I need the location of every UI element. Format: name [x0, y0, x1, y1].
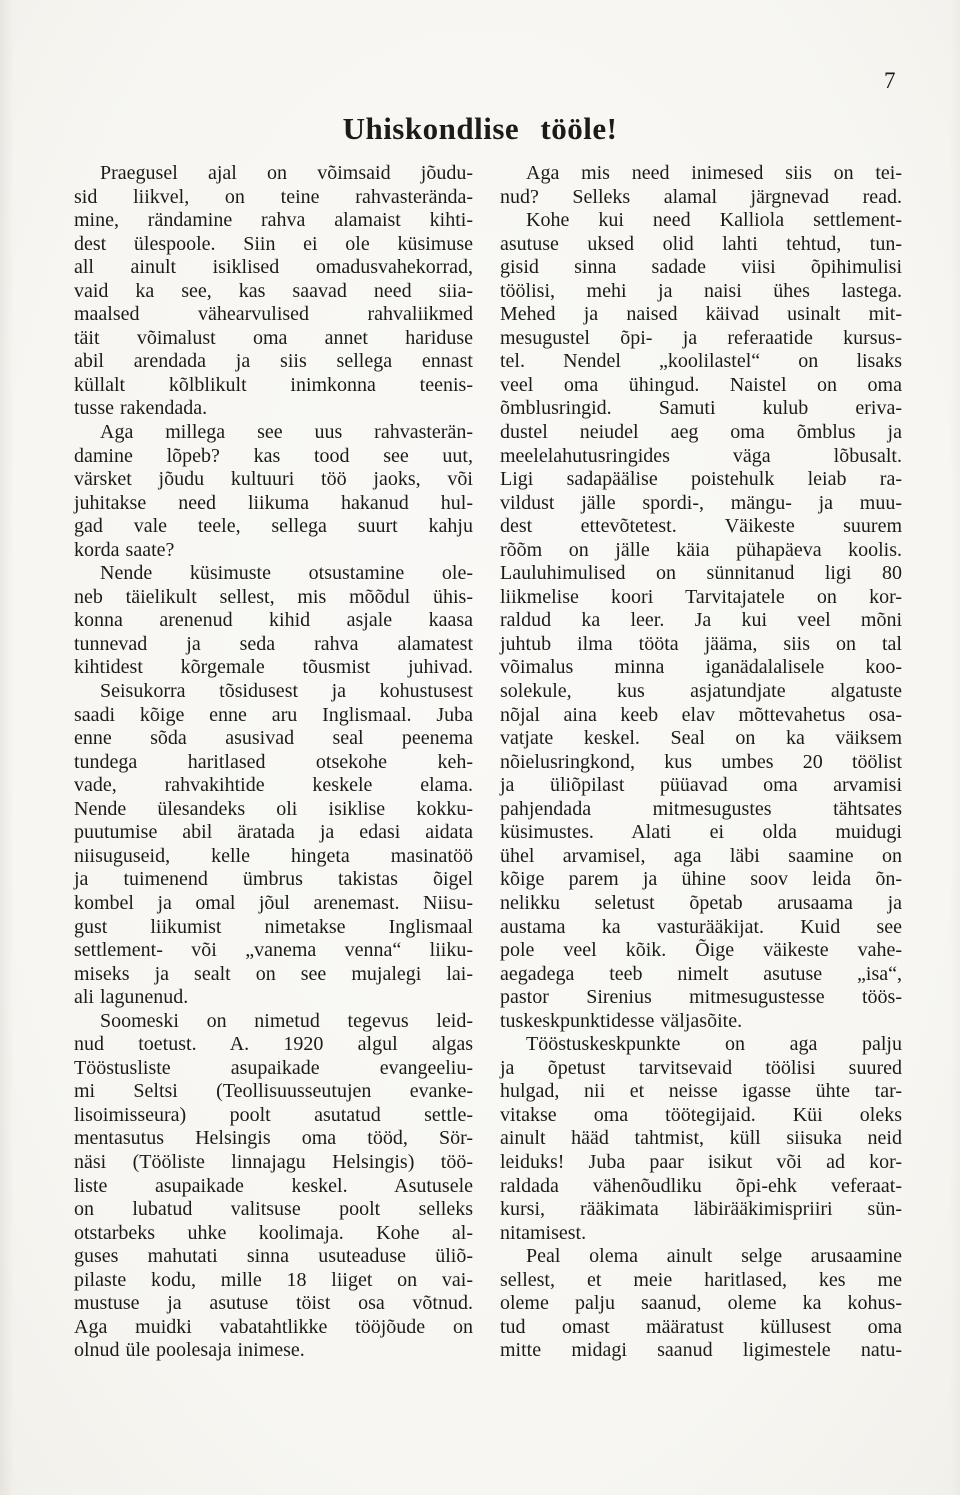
text-line: raldud ka leer. Ja kui veel mõni [500, 609, 902, 633]
text-line: sid liikvel, on teine rahvasterända- [74, 186, 473, 210]
text-line: on lubatud valitsuse poolt selleks [74, 1198, 473, 1222]
text-line: asutuse uksed olid lahti tehtud, tun- [500, 233, 902, 257]
text-line: kombel ja omal jõul arenemast. Niisu- [74, 892, 473, 916]
text-line: nõjal aina keeb elav mõttevahetus osa- [500, 704, 902, 728]
text-line: austama ka vasturääkijat. Kuid see [500, 916, 902, 940]
text-line: dest ülespoole. Siin ei ole küsimuse [74, 233, 473, 257]
text-line: võimalus minna iganädalalisele koo- [500, 656, 902, 680]
text-line: Nende ülesandeks oli isiklise kokku- [74, 798, 473, 822]
paragraph: Aga mis need inimesed siis on tei-nud? S… [500, 162, 902, 209]
text-line: pahjendada mitmesugustes tähtsates [500, 798, 902, 822]
text-line: guses mahutati sinna usuteaduse üliõ- [74, 1245, 473, 1269]
text-line: ühel arvamisel, aga läbi saamine on [500, 845, 902, 869]
text-line: vildust jälle spordi-, mängu- ja muu- [500, 492, 902, 516]
text-line: all ainult isiklised omadusvahekorrad, [74, 256, 473, 280]
text-line: tusse rakendada. [74, 397, 473, 421]
text-line: gisid sinna sadade viisi õpihimulisi [500, 256, 902, 280]
text-line: Nende küsimuste otsustamine ole- [74, 562, 473, 586]
text-line: Mehed ja naised käivad usinalt mit- [500, 303, 902, 327]
text-line: kursi, rääkimata läbirääkimispriiri sün- [500, 1198, 902, 1222]
left-column: Praegusel ajal on võimsaid jõudu-sid lii… [74, 162, 473, 1363]
text-line: Aga muidki vabatahtlikke tööjõude on [74, 1316, 473, 1340]
text-line: töölisi, mehi ja naisi ühes lastega. [500, 280, 902, 304]
text-line: Tööstusliste asupaikade evangeeliu- [74, 1057, 473, 1081]
page-title: Uhiskondlise tööle! [0, 111, 960, 147]
text-line: enne sõda asusivad seal peenema [74, 727, 473, 751]
text-line: Seisukorra tõsidusest ja kohustusest [74, 680, 473, 704]
text-line: ja õpetust tarvitsevaid töölisi suured [500, 1057, 902, 1081]
text-line: pilaste kodu, mille 18 liiget on vai- [74, 1269, 473, 1293]
text-line: nelikku seletust õpetab arusaama ja [500, 892, 902, 916]
text-line: vitakse oma töötegijaid. Küi oleks [500, 1104, 902, 1128]
text-line: kõige parem ja ühine soov leida õn- [500, 868, 902, 892]
text-line: Praegusel ajal on võimsaid jõudu- [74, 162, 473, 186]
paragraph: Tööstuskeskpunkte on aga paljuja õpetust… [500, 1033, 902, 1245]
paragraph: Kohe kui need Kalliola settlement-asutus… [500, 209, 902, 1033]
text-line: nud? Selleks alamal järgnevad read. [500, 186, 902, 210]
text-line: Kohe kui need Kalliola settlement- [500, 209, 902, 233]
text-line: pastor Sirenius mitmesugustesse töös- [500, 986, 902, 1010]
text-line: puutumise abil äratada ja edasi aidata [74, 821, 473, 845]
text-line: tunnevad ja seda rahva alamatest [74, 633, 473, 657]
paragraph: Soomeski on nimetud tegevus leid-nud toe… [74, 1010, 473, 1363]
text-line: tud omast määratust küllusest oma [500, 1316, 902, 1340]
text-line: värsket jõudu kultuuri töö jaoks, või [74, 468, 473, 492]
text-line: mitte midagi saanud ligimestele natu- [500, 1339, 902, 1363]
scanned-document-page: 7 Uhiskondlise tööle! Praegusel ajal on … [0, 0, 960, 1495]
text-line: otstarbeks uhke koolimaja. Kohe al- [74, 1222, 473, 1246]
paragraph: Peal olema ainult selge arusaamineselles… [500, 1245, 902, 1363]
text-line: mi Seltsi (Teollisuusseutujen evanke- [74, 1080, 473, 1104]
right-column: Aga mis need inimesed siis on tei-nud? S… [500, 162, 902, 1363]
text-line: pole veel kõik. Õige väikeste vahe- [500, 939, 902, 963]
text-line: sellest, et meie haritlased, kes me [500, 1269, 902, 1293]
text-line: korda saate? [74, 539, 473, 563]
text-line: vaid ka see, kas saavad need siia- [74, 280, 473, 304]
text-line: neb täielikult sellest, mis mõõdul ühis- [74, 586, 473, 610]
text-line: vatjate keskel. Seal on ka väiksem [500, 727, 902, 751]
text-line: konna arenenud kihid asjale kaasa [74, 609, 473, 633]
text-line: maalsed vähearvulised rahvaliikmed [74, 303, 473, 327]
text-line: nud toetust. A. 1920 algul algas [74, 1033, 473, 1057]
text-line: raldada vähenõudliku õpi-ehk veferaat- [500, 1175, 902, 1199]
text-line: küsimustes. Alati ei olda muidugi [500, 821, 902, 845]
text-line: liikmelise koori Tarvitajatele on kor- [500, 586, 902, 610]
text-line: mentasutus Helsingis oma tööd, Sör- [74, 1127, 473, 1151]
text-line: juhitakse need liikuma hakanud hul- [74, 492, 473, 516]
text-line: leiduks! Juba paar isikut või ad kor- [500, 1151, 902, 1175]
text-line: juhtub ilma tööta jääma, siis on tal [500, 633, 902, 657]
paragraph: Aga millega see uus rahvasterän-damine l… [74, 421, 473, 562]
text-line: dustel neiudel aeg oma õmblus ja [500, 421, 902, 445]
text-line: olnud üle poolesaja inimese. [74, 1339, 473, 1363]
text-line: mine, rändamine rahva alamaist kihti- [74, 209, 473, 233]
text-line: tuskeskpunktidesse väljasõite. [500, 1010, 902, 1034]
text-line: mustuse ja asutuse töist osa võtnud. [74, 1292, 473, 1316]
text-line: ja üliõpilast püüavad oma arvamisi [500, 774, 902, 798]
text-line: ainult hääd tahtmist, küll siisuka neid [500, 1127, 902, 1151]
text-line: küllalt kõlblikult inimkonna teenis- [74, 374, 473, 398]
text-line: rõõm on jälle käia pühapäeva koolis. [500, 539, 902, 563]
text-line: oleme palju saanud, oleme ka kohus- [500, 1292, 902, 1316]
paragraph: Nende küsimuste otsustamine ole-neb täie… [74, 562, 473, 680]
text-line: abil arendada ja siis sellega ennast [74, 350, 473, 374]
text-line: Aga millega see uus rahvasterän- [74, 421, 473, 445]
text-line: dest ettevõtetest. Väikeste suurem [500, 515, 902, 539]
text-line: täit võimalust oma annet hariduse [74, 327, 473, 351]
text-line: Lauluhimulised on sünnitanud ligi 80 [500, 562, 902, 586]
text-line: nõielusringkond, kus umbes 20 töölist [500, 751, 902, 775]
text-line: nitamisest. [500, 1222, 902, 1246]
text-line: gust liikumist nimetakse Inglismaal [74, 916, 473, 940]
text-line: lisoimisseura) poolt asutatud settle- [74, 1104, 473, 1128]
text-line: damine lõpeb? kas tood see uut, [74, 445, 473, 469]
text-line: aegadega teeb nimelt asutuse „isa“, [500, 963, 902, 987]
text-line: Soomeski on nimetud tegevus leid- [74, 1010, 473, 1034]
text-line: Peal olema ainult selge arusaamine [500, 1245, 902, 1269]
text-line: niisuguseid, kelle hingeta masinatöö [74, 845, 473, 869]
text-line: meelelahutusringides väga lõbusalt. [500, 445, 902, 469]
text-line: õmblusringid. Samuti kulub eriva- [500, 397, 902, 421]
text-line: hulgad, nii et neisse igasse ühte tar- [500, 1080, 902, 1104]
paragraph: Praegusel ajal on võimsaid jõudu-sid lii… [74, 162, 473, 421]
text-line: mesugustel õpi- ja referaatide kursus- [500, 327, 902, 351]
text-line: tundega haritlased otsekohe keh- [74, 751, 473, 775]
text-line: tel. Nendel „koolilastel“ on lisaks [500, 350, 902, 374]
text-line: settlement- või „vanema venna“ liiku- [74, 939, 473, 963]
paragraph: Seisukorra tõsidusest ja kohustusestsaad… [74, 680, 473, 1010]
text-line: vade, rahvakihtide keskele elama. [74, 774, 473, 798]
page-number: 7 [884, 68, 896, 94]
text-line: miseks ja sealt on see mujalegi lai- [74, 963, 473, 987]
text-line: ali lagunenud. [74, 986, 473, 1010]
text-line: saadi kõige enne aru Inglismaal. Juba [74, 704, 473, 728]
text-line: Aga mis need inimesed siis on tei- [500, 162, 902, 186]
text-line: gad vale teele, sellega suurt kahju [74, 515, 473, 539]
text-line: kihtidest kõrgemale tõusmist juhivad. [74, 656, 473, 680]
text-line: näsi (Tööliste linnajagu Helsingis) töö- [74, 1151, 473, 1175]
text-line: Ligi sadapäälise poistehulk leiab ra- [500, 468, 902, 492]
text-line: veel oma ühingud. Naistel on oma [500, 374, 902, 398]
text-line: Tööstuskeskpunkte on aga palju [500, 1033, 902, 1057]
text-line: solekule, kus asjatundjate algatuste [500, 680, 902, 704]
text-line: liste asupaikade keskel. Asutusele [74, 1175, 473, 1199]
text-line: ja tuimenend ümbrus takistas õigel [74, 868, 473, 892]
